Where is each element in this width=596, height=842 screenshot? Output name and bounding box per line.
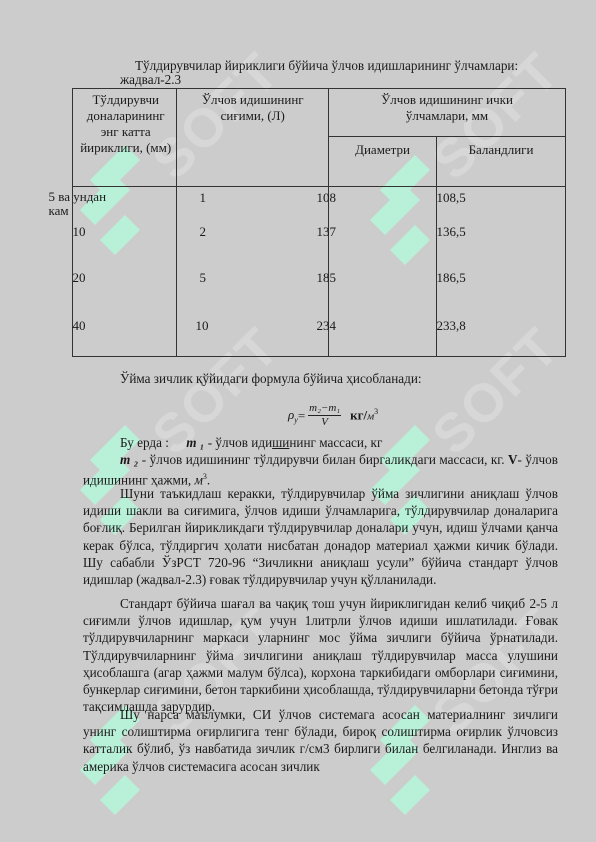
formula-intro: Ўйма зичлик қўйидаги формула бўйича ҳисо… (83, 370, 558, 387)
paragraph-2: Стандарт бўйича шағал ва чақиқ тош учун … (83, 595, 558, 715)
cell-capacity: 2 (200, 224, 207, 240)
dimensions-table: Тўлдирувчи доналарининг энг катта йирикл… (72, 88, 566, 357)
column-capacity-values: 1 2 5 10 (177, 187, 329, 357)
formula-lhs: ρу (288, 407, 298, 425)
cell-diameter: 137 (317, 224, 337, 240)
cell-size: 40 (73, 318, 86, 334)
cell-height: 186,5 (437, 270, 466, 286)
formula-fraction: m₂−m₁ V (308, 402, 341, 429)
header-max-size: Тўлдирувчи доналарининг энг катта йирикл… (73, 89, 177, 187)
cell-size: 10 (73, 224, 86, 240)
formula-unit: кг/м3 (350, 407, 378, 423)
definition-m2-v: m ₂ - ўлчов идишининг тўлдирувчи билан б… (83, 451, 558, 489)
paragraph-3: Шу нарса маълумки, СИ ўлчов системага ас… (83, 706, 558, 775)
definition-m1: Бу ерда : m ₁ - ўлчов идишининг массаси,… (83, 434, 558, 451)
cell-height: 108,5 (437, 190, 466, 206)
column-height-values: 108,5 136,5 186,5 233,8 (437, 187, 566, 357)
table-title: Тўлдирувчилар йириклиги бўйича ўлчов иди… (135, 58, 518, 74)
column-size-values: 5 ва ундан кам 10 20 40 (73, 187, 177, 357)
cell-diameter: 185 (317, 270, 337, 286)
paragraph-1: Шуни таъкидлаш керакки, тўлдирувчилар ўй… (83, 485, 558, 588)
cell-diameter: 108 (317, 190, 337, 206)
header-capacity: Ўлчов идишининг сиғими, (Л) (177, 89, 329, 187)
cell-height: 233,8 (437, 318, 466, 334)
bulk-density-formula: ρу = m₂−m₁ V кг/м3 (288, 402, 378, 429)
cell-capacity: 1 (200, 190, 207, 206)
cell-height: 136,5 (437, 224, 466, 240)
header-inner-dimensions: Ўлчов идишининг ички ўлчамлари, мм (329, 89, 566, 137)
cell-size: 20 (73, 270, 86, 286)
cell-capacity: 5 (200, 270, 207, 286)
cell-diameter: 234 (317, 318, 337, 334)
cell-capacity: 10 (196, 318, 209, 334)
header-height: Баландлиги (437, 137, 566, 187)
column-diameter-values: 108 137 185 234 (329, 187, 437, 357)
cell-size: 5 ва ундан кам (49, 190, 119, 218)
table-label: жадвал-2.3 (120, 72, 181, 88)
header-diameter: Диаметри (329, 137, 437, 187)
